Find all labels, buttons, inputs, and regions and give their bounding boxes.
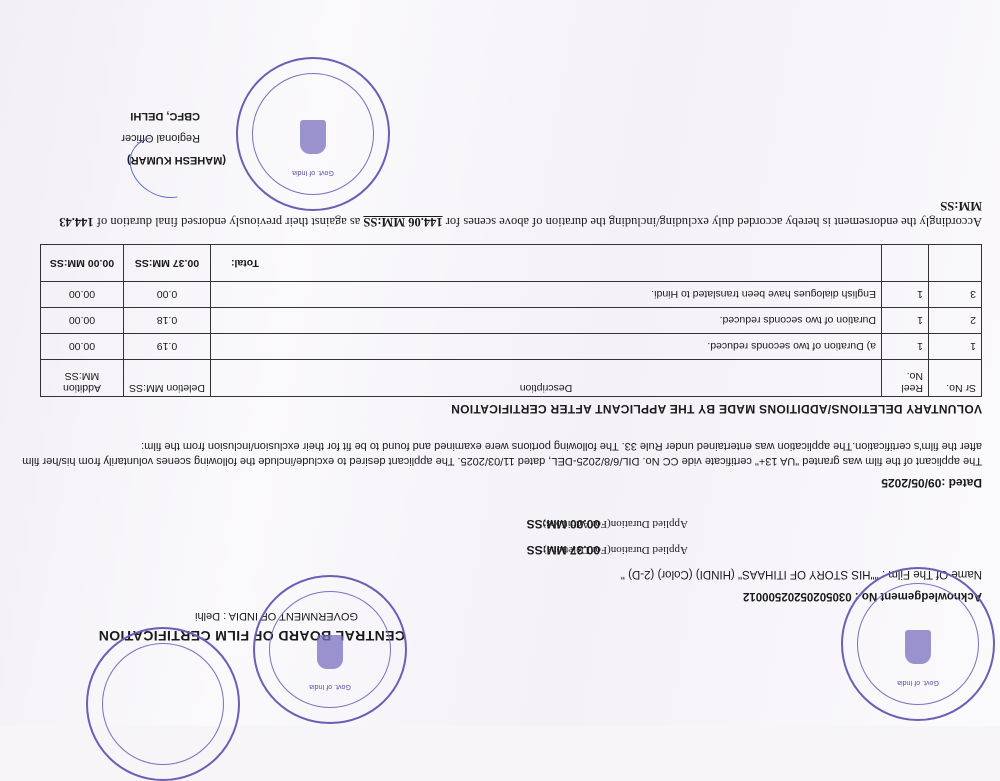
- table-row: 1 1 a) Duration of two seconds reduced. …: [41, 334, 982, 360]
- cell-sr: 1: [929, 334, 982, 360]
- cell-deletion: 0.18: [124, 308, 211, 334]
- deletions-duration-value: 00.37 MM:SS: [527, 543, 600, 557]
- cell-sr: 3: [929, 282, 982, 308]
- signatory-office: CBFC, DELHI: [130, 110, 200, 122]
- total-deletion: 00.37 MM:SS: [124, 245, 211, 282]
- cell-description: English dialogues have been translated t…: [211, 282, 882, 308]
- table-total-row: Total: 00.37 MM:SS 00.00 MM:SS: [41, 245, 982, 282]
- table-header-row: Sr No. Reel No. Description Deletion MM:…: [41, 360, 982, 397]
- cell-description: Duration of two seconds reduced.: [211, 308, 882, 334]
- conclusion-paragraph: Accordingly the endorsement is hereby ac…: [17, 198, 982, 230]
- cell-sr: 2: [929, 308, 982, 334]
- cbfc-seal-stamp: Govt. of India: [841, 567, 995, 721]
- cell-addition: 00.00: [41, 308, 124, 334]
- cell-deletion: 0.19: [124, 334, 211, 360]
- cell-reel: 1: [882, 308, 929, 334]
- cbfc-seal-stamp: Govt. of India: [236, 57, 390, 211]
- header-description: Description: [211, 360, 882, 397]
- header-addition: Addition MM:SS: [41, 360, 124, 397]
- new-duration: 144.06 MM:SS: [363, 215, 442, 229]
- cell-deletion: 0.00: [124, 282, 211, 308]
- emblem-icon: [300, 120, 326, 154]
- cell-description: a) Duration of two seconds reduced.: [211, 334, 882, 360]
- certificate-page: CENTRAL BOARD OF FILM CERTIFICATION GOVE…: [0, 0, 1000, 726]
- cell-addition: 00.00: [41, 334, 124, 360]
- header-sr: Sr No.: [929, 360, 982, 397]
- total-addition: 00.00 MM:SS: [41, 245, 124, 282]
- header-reel: Reel No.: [882, 360, 929, 397]
- section-title: VOLUNTARY DELETIONS/ADDITIONS MADE BY TH…: [451, 402, 982, 416]
- cell-reel: 1: [882, 334, 929, 360]
- table-row: 2 1 Duration of two seconds reduced. 0.1…: [41, 308, 982, 334]
- intro-paragraph: The applicant of the film was granted "U…: [17, 439, 982, 468]
- table-row: 3 1 English dialogues have been translat…: [41, 282, 982, 308]
- emblem-icon: [905, 630, 931, 664]
- emblem-icon: [317, 635, 343, 669]
- cell-addition: 00.00: [41, 282, 124, 308]
- additions-duration-value: 00.00 MM:SS: [527, 517, 600, 531]
- cell-reel: 1: [882, 282, 929, 308]
- deletions-table: Sr No. Reel No. Description Deletion MM:…: [40, 244, 982, 397]
- dated: Dated :09/05/2025: [881, 476, 982, 490]
- total-label: Total:: [211, 245, 882, 282]
- cbfc-seal-stamp: Govt. of India: [253, 575, 407, 724]
- header-deletion: Deletion MM:SS: [124, 360, 211, 397]
